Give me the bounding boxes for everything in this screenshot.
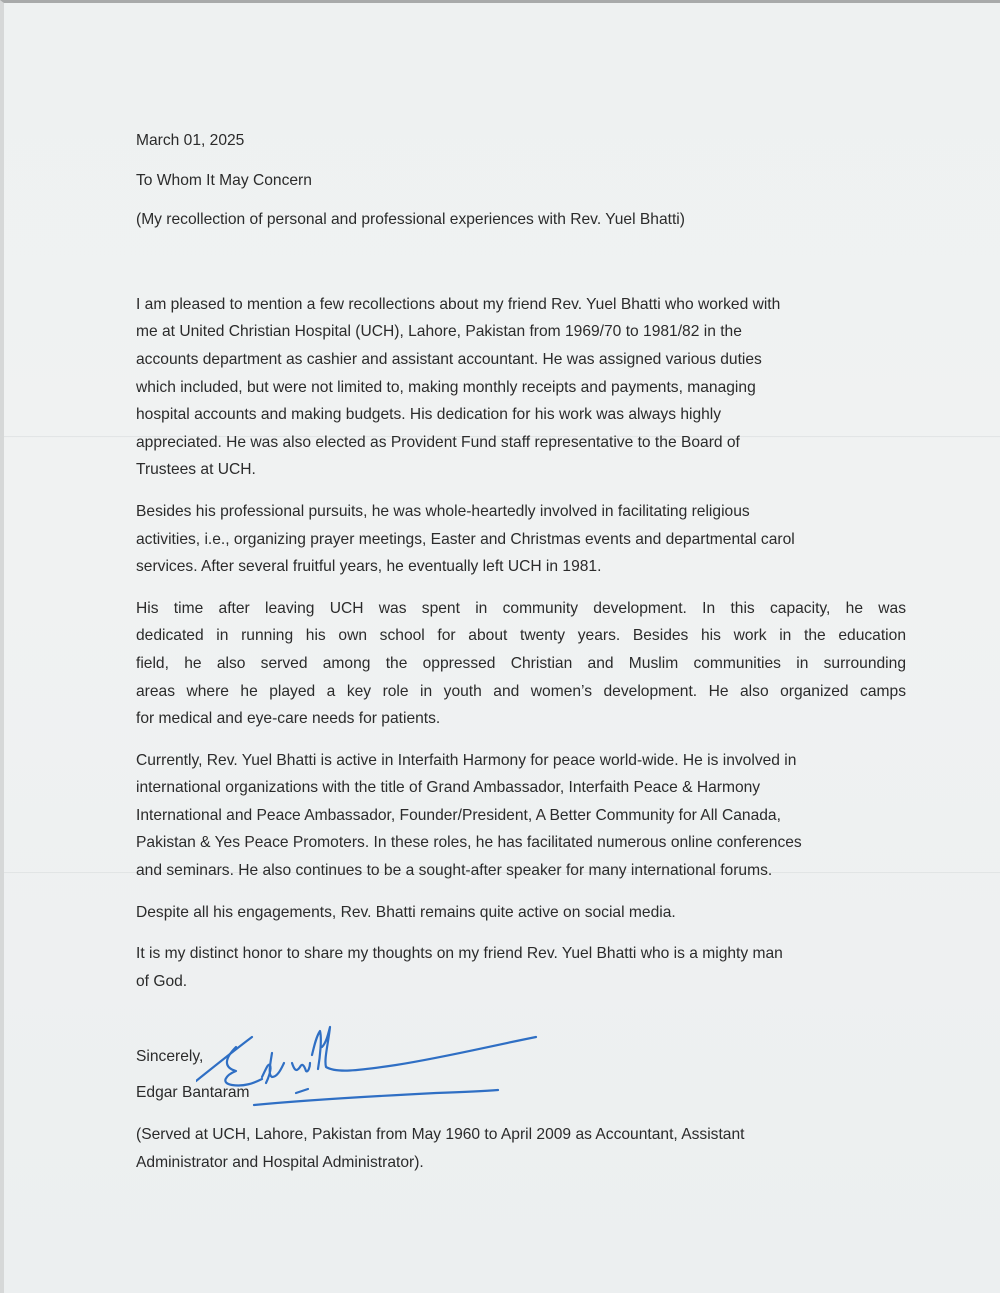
- closing-phrase: Sincerely,: [136, 1043, 203, 1071]
- text-line: Besides his professional pursuits, he wa…: [136, 498, 906, 526]
- text-line: which included, but were not limited to,…: [136, 374, 906, 402]
- paragraph-community-development: His time after leaving UCH was spent in …: [136, 595, 906, 733]
- text-line: accounts department as cashier and assis…: [136, 346, 906, 374]
- text-line: Administrator and Hospital Administrator…: [136, 1149, 906, 1177]
- text-line: international organizations with the tit…: [136, 774, 906, 802]
- letter-date: March 01, 2025: [136, 127, 906, 155]
- handwritten-signature-icon: [196, 1017, 556, 1117]
- text-line: I am pleased to mention a few recollecti…: [136, 291, 906, 319]
- signature-block: Sincerely, Edgar Bantaram: [136, 1043, 906, 1139]
- text-line: It is my distinct honor to share my thou…: [136, 940, 906, 968]
- paragraph-closing-thoughts: It is my distinct honor to share my thou…: [136, 940, 906, 995]
- letter-subject: (My recollection of personal and profess…: [136, 206, 906, 234]
- paragraph-religious-activities: Besides his professional pursuits, he wa…: [136, 498, 906, 581]
- text-line: and seminars. He also continues to be a …: [136, 857, 906, 885]
- text-line: Currently, Rev. Yuel Bhatti is active in…: [136, 747, 906, 775]
- letter-salutation: To Whom It May Concern: [136, 167, 906, 195]
- text-line: Trustees at UCH.: [136, 456, 906, 484]
- paragraph-social-media: Despite all his engagements, Rev. Bhatti…: [136, 899, 906, 927]
- paragraph-employment: I am pleased to mention a few recollecti…: [136, 291, 906, 484]
- letter-body: March 01, 2025 To Whom It May Concern (M…: [136, 127, 906, 1177]
- text-line: dedicated in running his own school for …: [136, 622, 906, 650]
- text-line: for medical and eye-care needs for patie…: [136, 705, 906, 733]
- text-line: appreciated. He was also elected as Prov…: [136, 429, 906, 457]
- paragraph-interfaith-work: Currently, Rev. Yuel Bhatti is active in…: [136, 747, 906, 885]
- text-line: activities, i.e., organizing prayer meet…: [136, 526, 906, 554]
- text-line: field, he also served among the oppresse…: [136, 650, 906, 678]
- text-line: Despite all his engagements, Rev. Bhatti…: [136, 899, 906, 927]
- text-line: Pakistan & Yes Peace Promoters. In these…: [136, 829, 906, 857]
- text-line: me at United Christian Hospital (UCH), L…: [136, 318, 906, 346]
- text-line: areas where he played a key role in yout…: [136, 678, 906, 706]
- text-line: services. After several fruitful years, …: [136, 553, 906, 581]
- text-line: His time after leaving UCH was spent in …: [136, 595, 906, 623]
- text-line: International and Peace Ambassador, Foun…: [136, 802, 906, 830]
- scanned-letter-page: March 01, 2025 To Whom It May Concern (M…: [0, 0, 1000, 1293]
- text-line: of God.: [136, 968, 906, 996]
- text-line: hospital accounts and making budgets. Hi…: [136, 401, 906, 429]
